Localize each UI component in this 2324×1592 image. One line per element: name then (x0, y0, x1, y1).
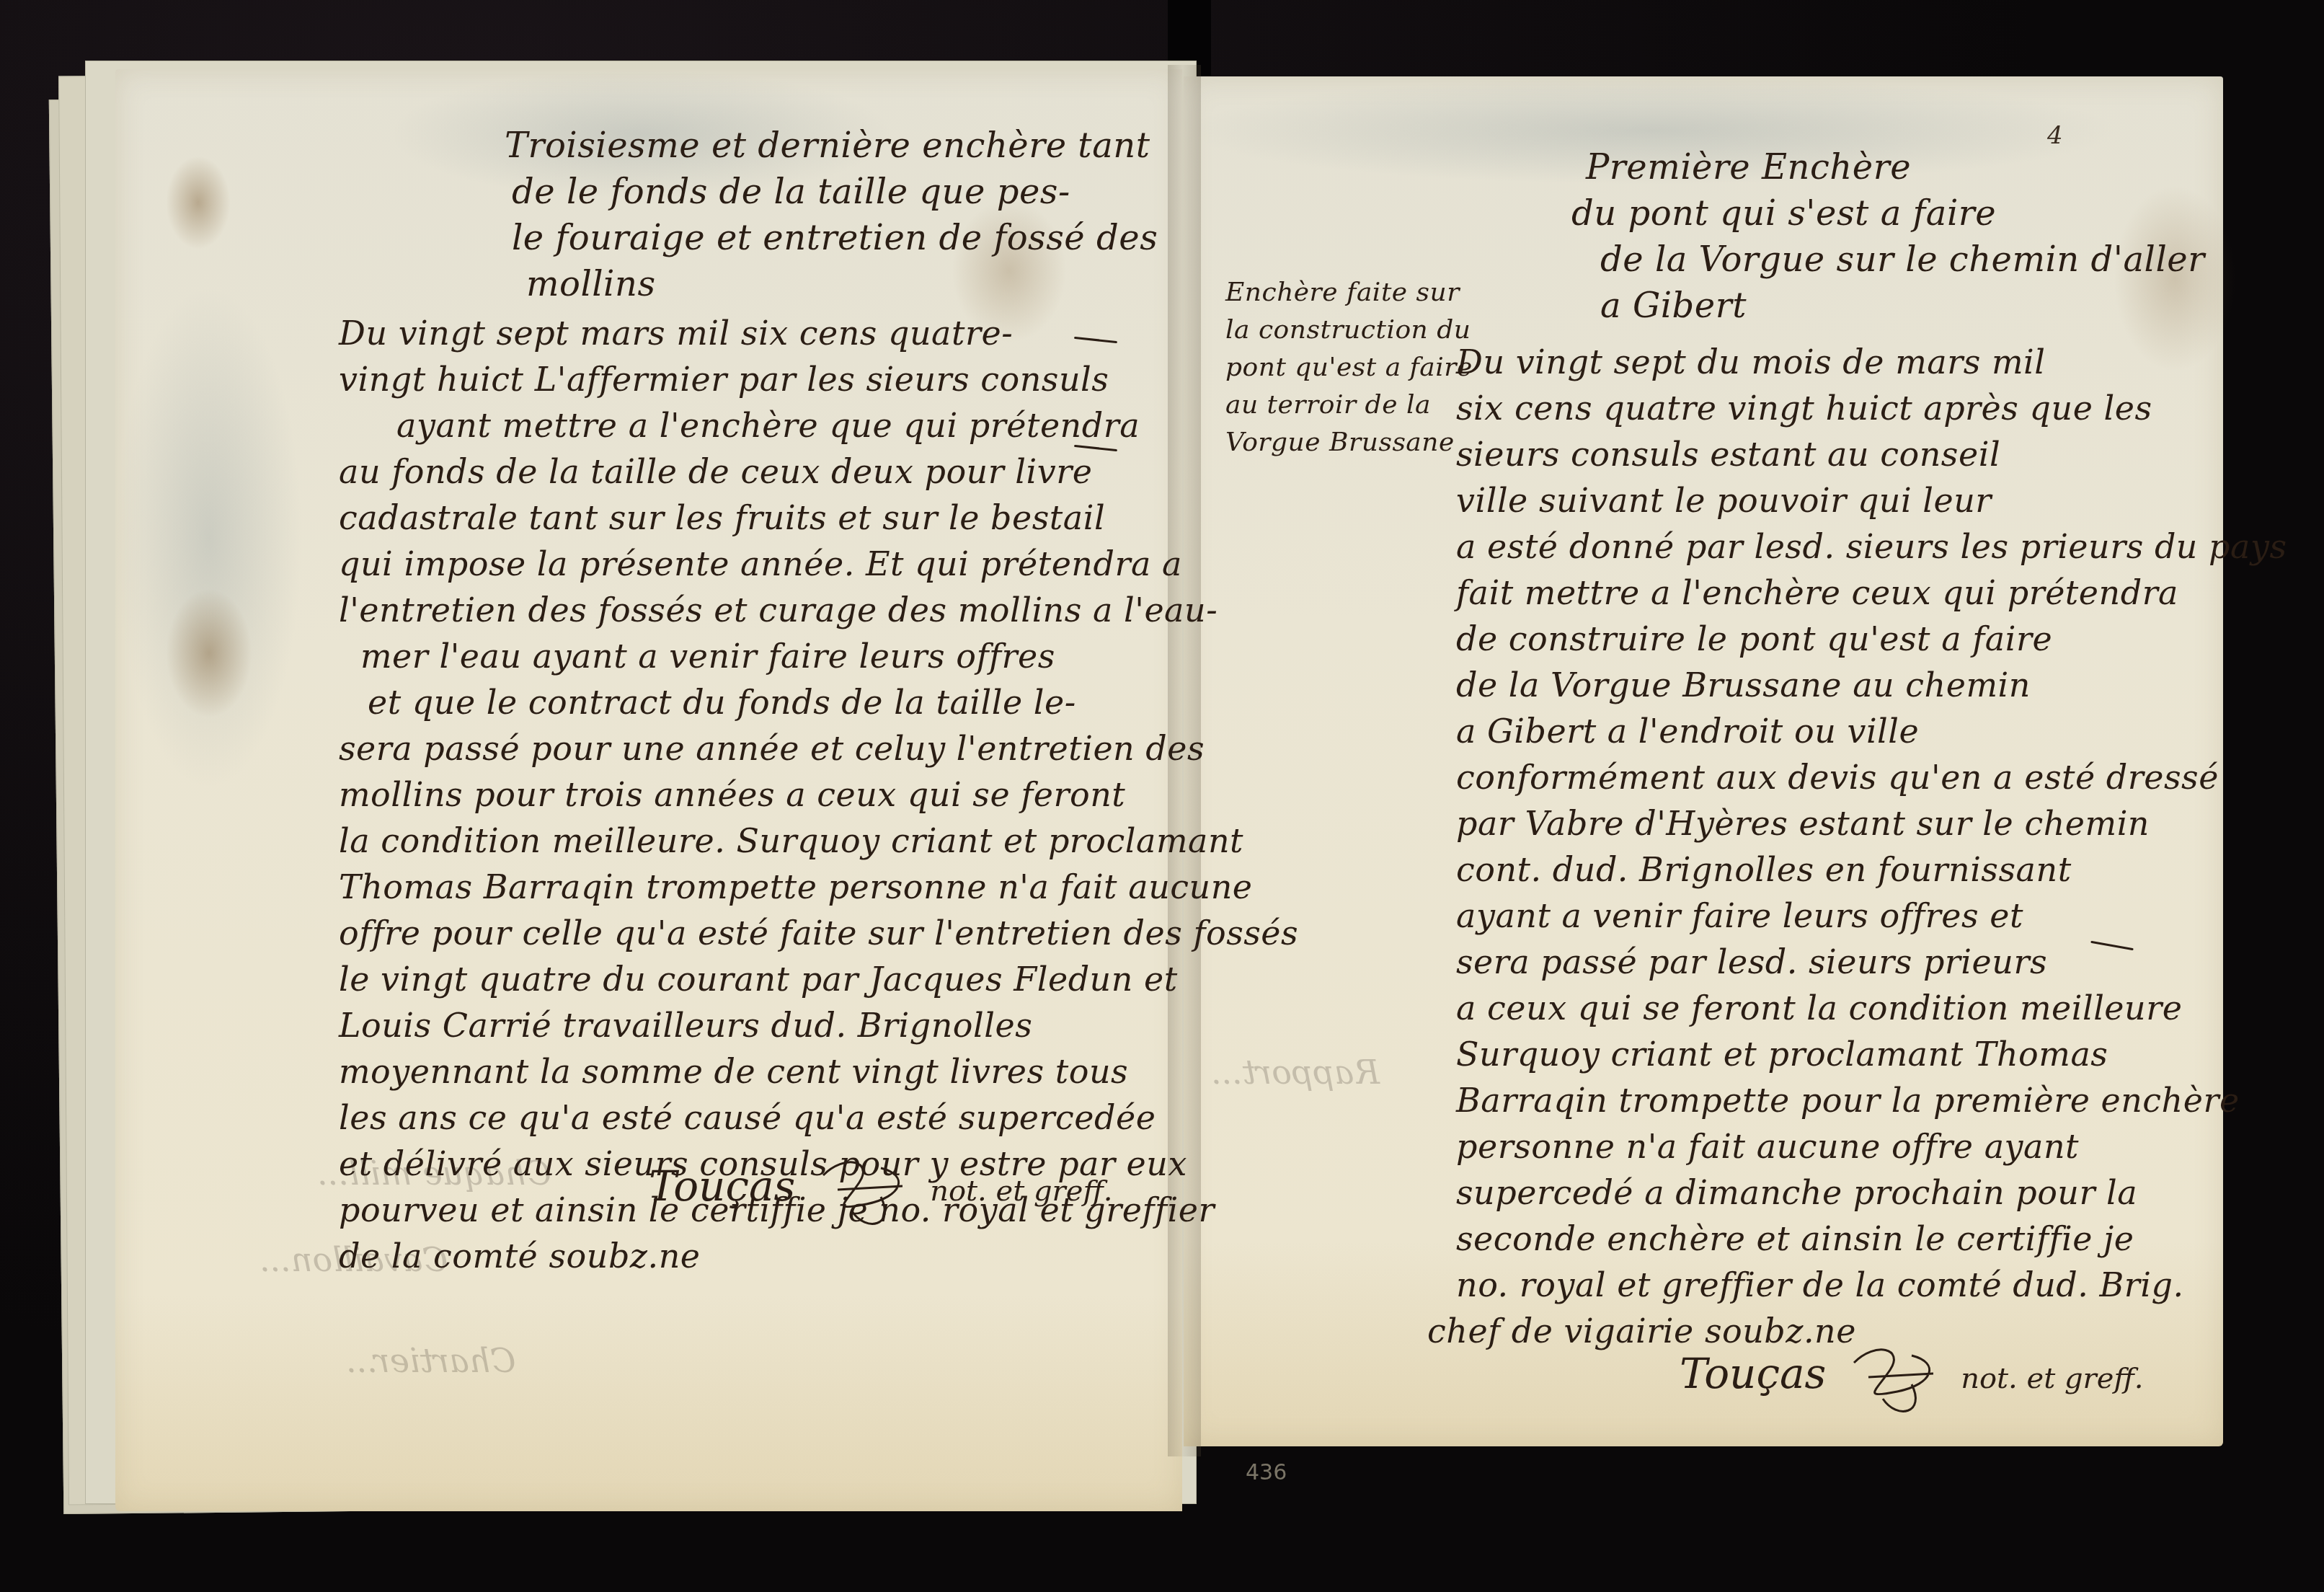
right-body: Du vingt sept du mois de mars mil six ce… (1456, 339, 2287, 1354)
signature-title: not. et greff. (1961, 1362, 2143, 1395)
body-line: Du vingt sept du mois de mars mil (1456, 339, 2287, 385)
right-heading: Première Enchère du pont qui s'est a fai… (1586, 144, 2205, 329)
body-line: a esté donné par lesd. sieurs les prieur… (1456, 523, 2287, 570)
margin-note-line: Enchère faite sur (1225, 274, 1473, 311)
body-line: les ans ce qu'a esté causé qu'a esté sup… (339, 1094, 1298, 1141)
body-line: no. royal et greffier de la comté dud. B… (1456, 1262, 2287, 1308)
body-line: de la Vorgue Brussane au chemin (1456, 662, 2287, 708)
body-line: mer l'eau ayant a venir faire leurs offr… (360, 633, 1298, 679)
body-line: de la comté soubz.ne (339, 1233, 1298, 1279)
heading-line: le fouraige et entretien de fossé des (512, 215, 1158, 261)
heading-line: Troisiesme et dernière enchère tant (505, 123, 1158, 169)
heading-line: de le fonds de la taille que pes- (512, 169, 1158, 215)
body-line: la condition meilleure. Surquoy criant e… (339, 818, 1298, 864)
ink-stain (166, 156, 231, 249)
body-line: Thomas Barraqin trompette personne n'a f… (339, 864, 1298, 910)
margin-note: Enchère faite sur la construction du pon… (1225, 274, 1473, 461)
heading-line: du pont qui s'est a faire (1571, 190, 2205, 236)
left-signature: Touças not. et greff. (649, 1146, 1112, 1233)
signature-flourish-icon (1847, 1334, 1948, 1420)
body-line: Du vingt sept mars mil six cens quatre- (339, 310, 1298, 356)
margin-note-line: au terroir de la (1225, 386, 1473, 424)
right-signature: Touças not. et greff. (1680, 1334, 2143, 1420)
body-line: offre pour celle qu'a esté faite sur l'e… (339, 910, 1298, 956)
body-line: sera passé pour une année et celuy l'ent… (339, 725, 1298, 771)
body-line: personne n'a fait aucune offre ayant (1456, 1123, 2287, 1169)
body-line: sieurs consuls estant au conseil (1456, 431, 2287, 477)
margin-note-line: Vorgue Brussane (1225, 424, 1473, 461)
left-body: Du vingt sept mars mil six cens quatre- … (339, 310, 1298, 1279)
body-line: a Gibert a l'endroit ou ville (1456, 708, 2287, 754)
body-line: fait mettre a l'enchère ceux qui prétend… (1456, 570, 2287, 616)
body-line: vingt huict L'affermier par les sieurs c… (339, 356, 1298, 402)
bleed-through-text: Chartier... (346, 1341, 515, 1380)
margin-note-line: la construction du (1225, 311, 1473, 349)
body-line: six cens quatre vingt huict après que le… (1456, 385, 2287, 431)
body-line: seconde enchère et ainsin le certiffie j… (1456, 1216, 2287, 1262)
body-line: ayant a venir faire leurs offres et (1456, 893, 2287, 939)
body-line: Louis Carrié travailleurs dud. Brignolle… (339, 1002, 1298, 1048)
body-line: qui impose la présente année. Et qui pré… (339, 541, 1298, 587)
left-heading: Troisiesme et dernière enchère tant de l… (505, 123, 1158, 307)
signature-name: Touças (649, 1162, 795, 1211)
signature-title: not. et greff. (930, 1175, 1112, 1208)
heading-line: de la Vorgue sur le chemin d'aller (1600, 236, 2205, 283)
folio-stamp: 436 (1246, 1460, 1287, 1485)
body-line: mollins pour trois années a ceux qui se … (339, 771, 1298, 818)
body-line: ville suivant le pouvoir qui leur (1456, 477, 2287, 523)
body-line: et que le contract du fonds de la taille… (368, 679, 1298, 725)
body-line: a ceux qui se feront la condition meille… (1456, 985, 2287, 1031)
body-line: Barraqin trompette pour la première ench… (1456, 1077, 2287, 1123)
heading-line: mollins (526, 261, 1158, 307)
body-line: le vingt quatre du courant par Jacques F… (339, 956, 1298, 1002)
signature-flourish-icon (816, 1146, 917, 1233)
body-line: conformément aux devis qu'en a esté dres… (1456, 754, 2287, 800)
body-line: cadastrale tant sur les fruits et sur le… (339, 495, 1298, 541)
signature-name: Touças (1680, 1349, 1826, 1398)
heading-line: Première Enchère (1586, 144, 2205, 190)
body-line: de construire le pont qu'est a faire (1456, 616, 2287, 662)
body-line: par Vabre d'Hyères estant sur le chemin (1456, 800, 2287, 846)
body-line: Surquoy criant et proclamant Thomas (1456, 1031, 2287, 1077)
body-line: sera passé par lesd. sieurs prieurs (1456, 939, 2287, 985)
body-line: cont. dud. Brignolles en fournissant (1456, 846, 2287, 893)
body-line: l'entretien des fossés et curage des mol… (339, 587, 1298, 633)
body-line: supercedé a dimanche prochain pour la (1456, 1169, 2287, 1216)
body-line: ayant mettre a l'enchère que qui prétend… (396, 402, 1298, 448)
ink-stain (166, 588, 252, 718)
body-line: moyennant la somme de cent vingt livres … (339, 1048, 1298, 1094)
heading-line: a Gibert (1600, 283, 2205, 329)
margin-note-line: pont qu'est a faire (1225, 349, 1473, 386)
body-line: au fonds de la taille de ceux deux pour … (339, 448, 1298, 495)
